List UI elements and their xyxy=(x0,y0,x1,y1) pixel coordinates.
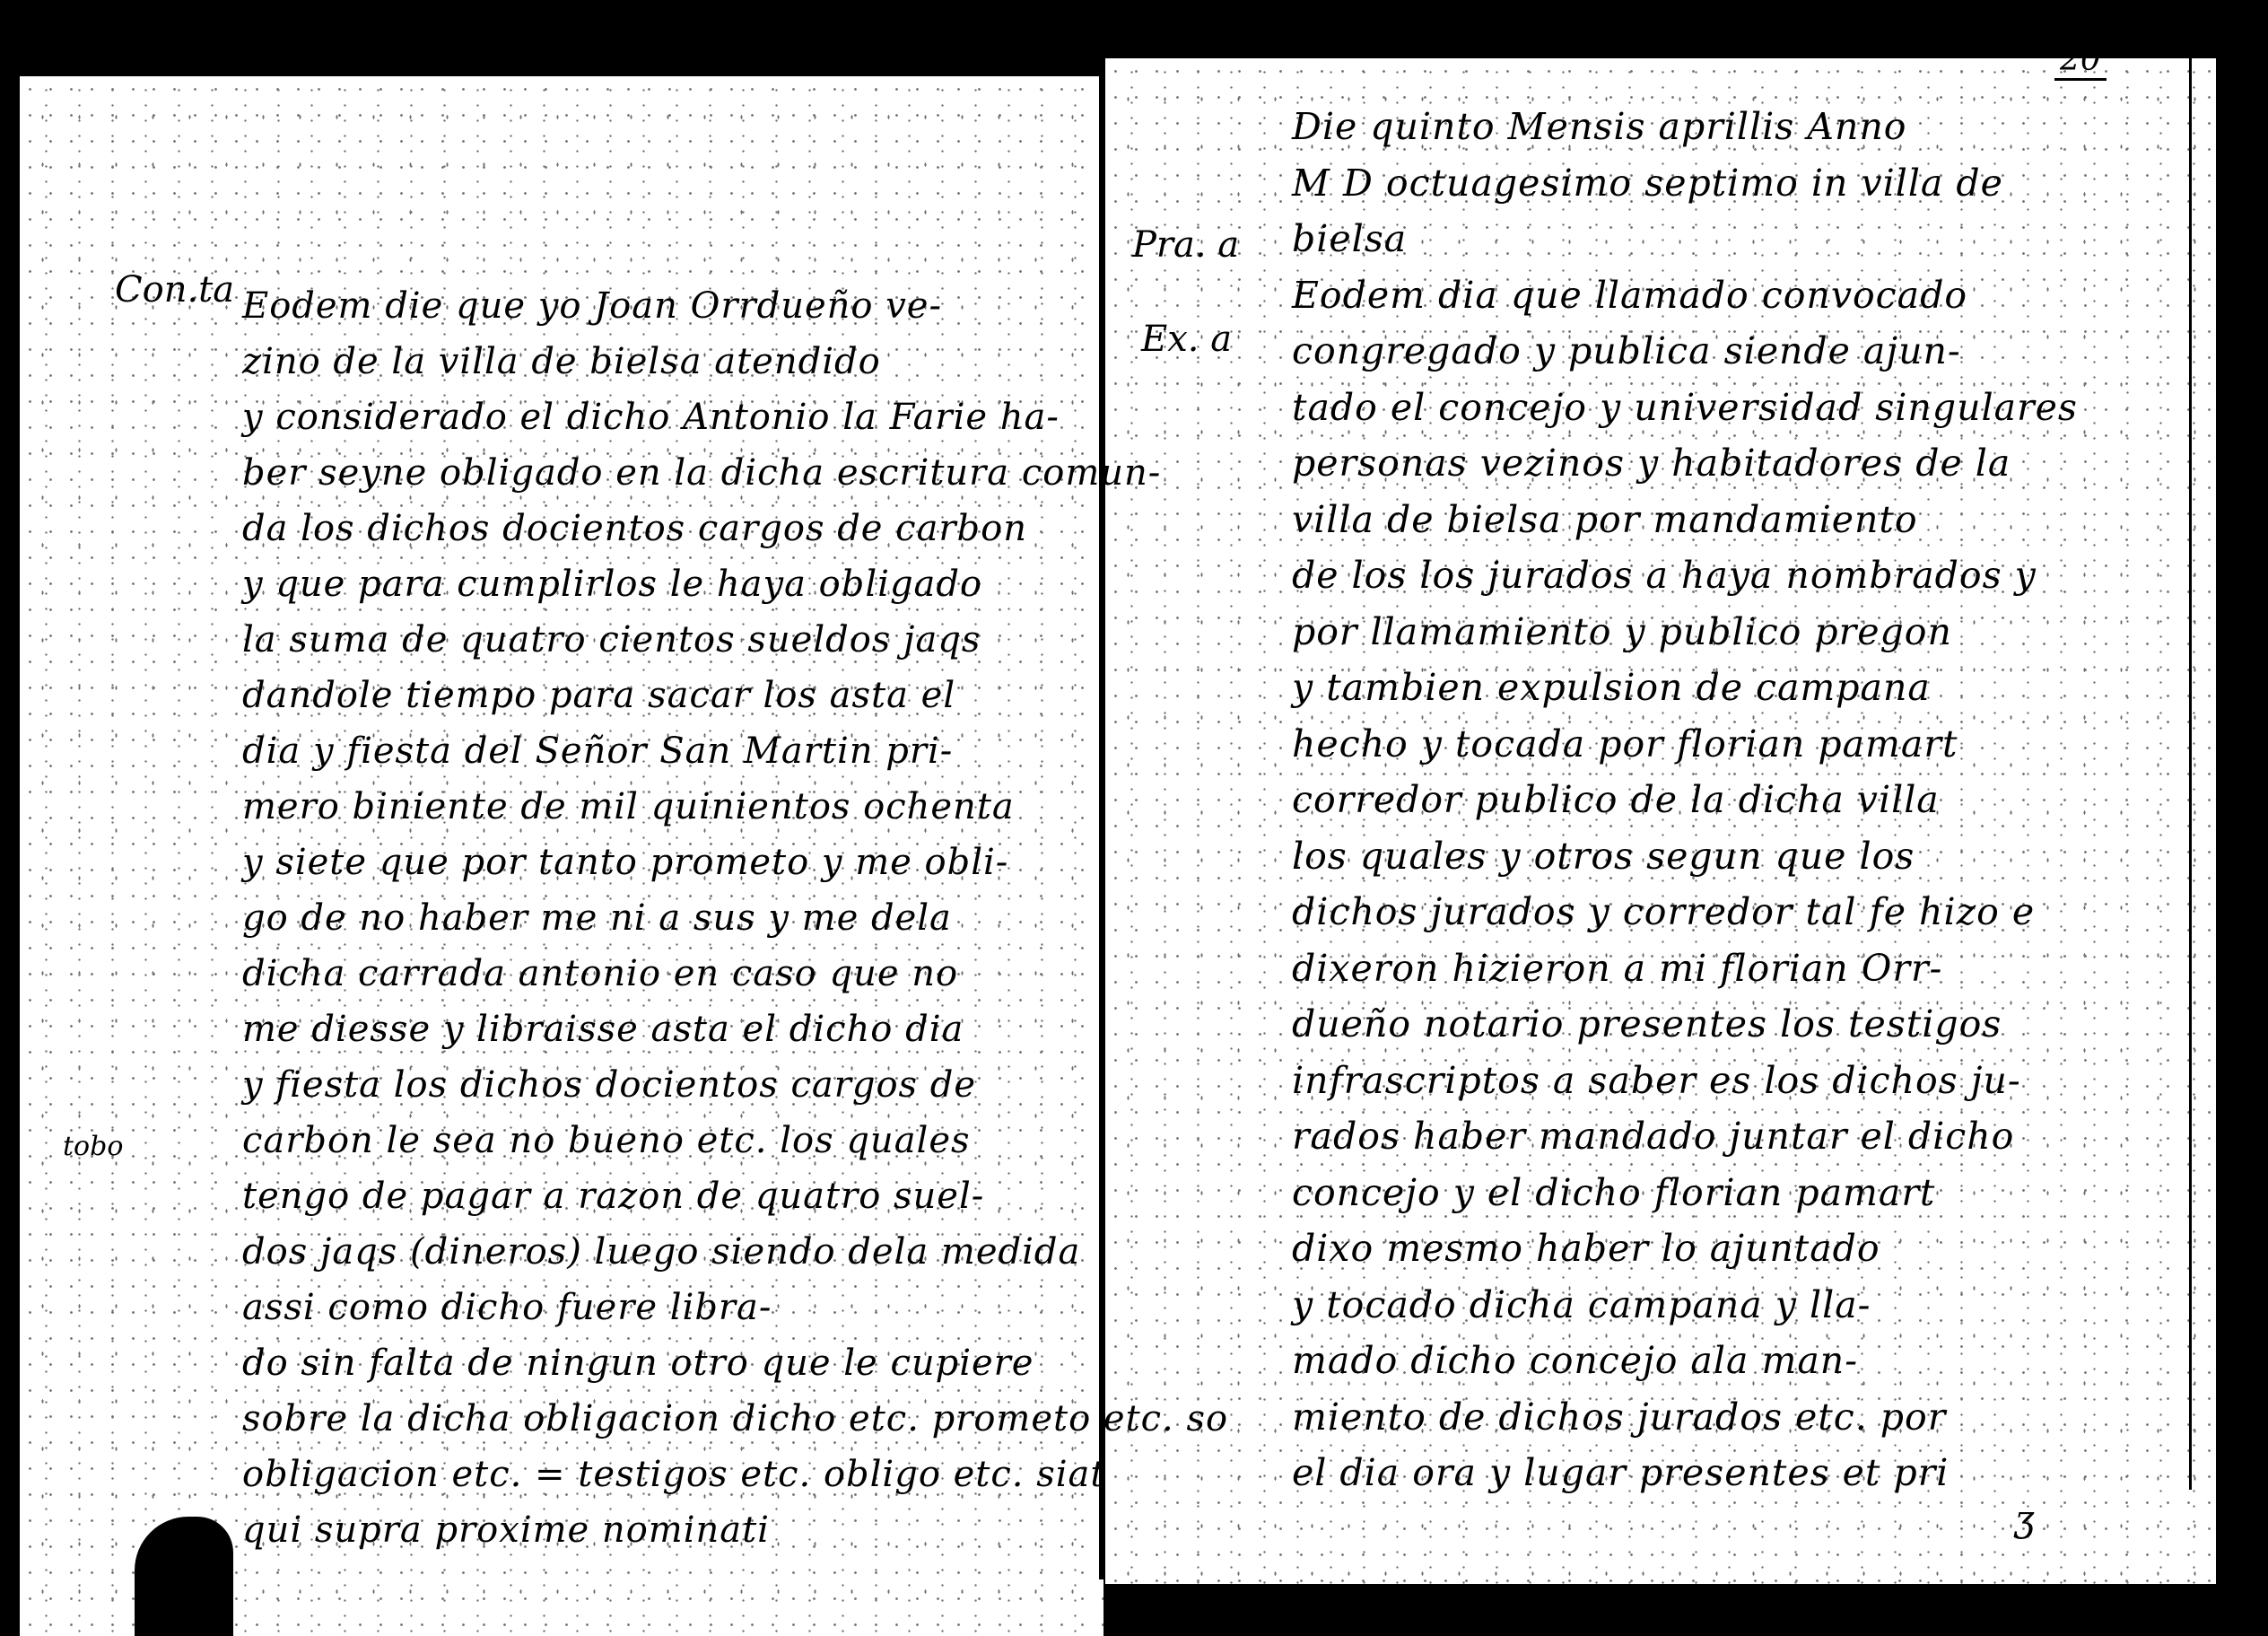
book-spine-gutter xyxy=(1099,54,1105,1579)
text-line: y fiesta los dichos docientos cargos de xyxy=(242,1057,1050,1113)
text-line: y tambien expulsion de campana xyxy=(1292,660,2189,716)
margin-note-left-top: Con.ta xyxy=(115,269,234,311)
margin-note-right-pra: Pra. a xyxy=(1132,224,1239,266)
text-line: M D octuagesimo septimo in villa de xyxy=(1292,155,2189,212)
text-line: y que para cumplirlos le haya obligado xyxy=(242,556,1050,612)
text-line: y tocado dicha campana y lla- xyxy=(1292,1277,2189,1334)
text-line: infrascriptos a saber es los dichos ju- xyxy=(1292,1053,2189,1109)
margin-note-right-ex: Ex. a xyxy=(1141,319,1232,360)
text-line: Eodem die que yo Joan Orrdueño ve- xyxy=(242,278,1050,334)
text-line: rados haber mandado juntar el dicho xyxy=(1292,1108,2189,1165)
text-line: mado dicho concejo ala man- xyxy=(1292,1333,2189,1389)
scan-right-border xyxy=(2216,36,2268,1636)
text-line: corredor publico de la dicha villa xyxy=(1292,772,2189,828)
text-line: concejo y el dicho florian pamart xyxy=(1292,1165,2189,1221)
text-line: la suma de quatro cientos sueldos jaqs xyxy=(242,612,1050,668)
corner-ink-blot xyxy=(135,1517,233,1636)
scan-bottom-border xyxy=(1105,1584,2268,1636)
text-line: zino de la villa de bielsa atendido xyxy=(242,334,1050,389)
right-page-edge-line xyxy=(2189,54,2192,1490)
text-line: dos jaqs (dineros) luego siendo dela med… xyxy=(242,1224,1050,1280)
text-line: qui supra proxime nominati xyxy=(242,1502,1050,1558)
text-line: villa de bielsa por mandamiento xyxy=(1292,492,2189,548)
text-line: por llamamiento y publico pregon xyxy=(1292,604,2189,661)
text-line: tado el concejo y universidad singulares xyxy=(1292,380,2189,436)
text-line: da los dichos docientos cargos de carbon xyxy=(242,501,1050,556)
text-line: dia y fiesta del Señor San Martin pri- xyxy=(242,723,1050,779)
text-line: ber seyne obligado en la dicha escritura… xyxy=(242,445,1050,501)
margin-note-left-lower: tobo xyxy=(63,1131,123,1162)
text-line: obligacion etc. = testigos etc. obligo e… xyxy=(242,1447,1050,1502)
text-line: go de no haber me ni a sus y me dela xyxy=(242,890,1050,946)
text-line: tengo de pagar a razon de quatro suel- xyxy=(242,1168,1050,1224)
text-line: Die quinto Mensis aprillis Anno xyxy=(1292,99,2189,155)
text-line: Eodem dia que llamado convocado xyxy=(1292,267,2189,324)
right-page-text: Die quinto Mensis aprillis Anno M D octu… xyxy=(1292,99,2189,1501)
text-line: miento de dichos jurados etc. por xyxy=(1292,1389,2189,1446)
text-line: el dia ora y lugar presentes et pri xyxy=(1292,1445,2189,1501)
text-line: de los los jurados a haya nombrados y xyxy=(1292,547,2189,604)
text-line: dichos jurados y corredor tal fe hizo e xyxy=(1292,884,2189,940)
text-line: dandole tiempo para sacar los asta el xyxy=(242,668,1050,723)
text-line: carbon le sea no bueno etc. los quales xyxy=(242,1113,1050,1168)
text-line: y considerado el dicho Antonio la Farie … xyxy=(242,389,1050,445)
text-line: congregado y publica siende ajun- xyxy=(1292,323,2189,380)
text-line: assi como dicho fuere libra- xyxy=(242,1280,1050,1335)
text-line: me diesse y libraisse asta el dicho dia xyxy=(242,1002,1050,1057)
text-line: personas vezinos y habitadores de la xyxy=(1292,435,2189,492)
text-line: y siete que por tanto prometo y me obli- xyxy=(242,835,1050,890)
manuscript-spread: Con.ta tobo Pra. a Ex. a 20 ʒ Eodem die … xyxy=(0,0,2268,1636)
text-line: dixeron hizieron a mi florian Orr- xyxy=(1292,940,2189,997)
text-line: sobre la dicha obligacion dicho etc. pro… xyxy=(242,1391,1050,1447)
folio-number: 20 xyxy=(2054,41,2107,81)
text-line: do sin falta de ningun otro que le cupie… xyxy=(242,1335,1050,1391)
text-line: dixo mesmo haber lo ajuntado xyxy=(1292,1220,2189,1277)
text-line: dicha carrada antonio en caso que no xyxy=(242,946,1050,1002)
text-line: los quales y otros segun que los xyxy=(1292,828,2189,885)
flourish-mark: ʒ xyxy=(2014,1499,2035,1540)
text-line: dueño notario presentes los testigos xyxy=(1292,996,2189,1053)
text-line: bielsa xyxy=(1292,211,2189,267)
left-page-text: Eodem die que yo Joan Orrdueño ve- zino … xyxy=(242,278,1050,1558)
text-line: hecho y tocada por florian pamart xyxy=(1292,716,2189,773)
text-line: mero biniente de mil quinientos ochenta xyxy=(242,779,1050,835)
